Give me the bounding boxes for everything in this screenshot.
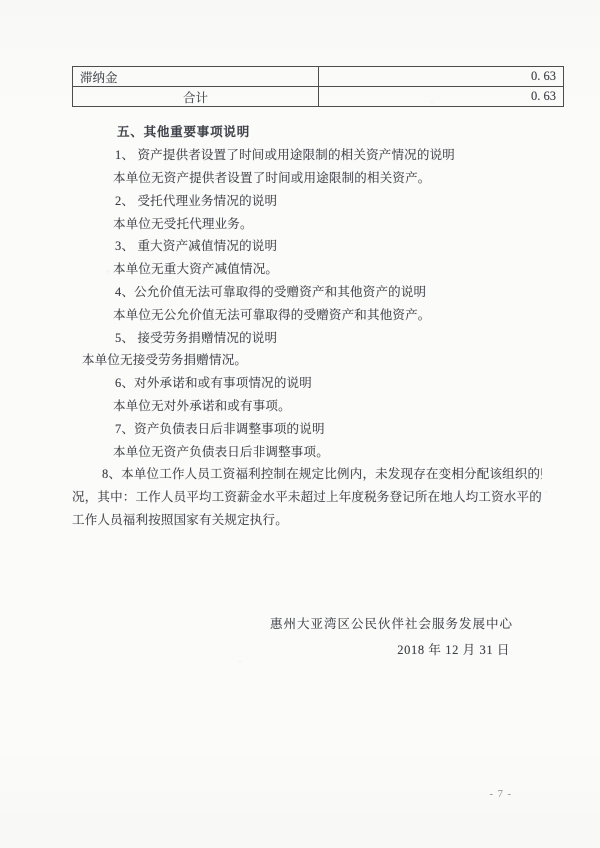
item-5-title: 5、 接受劳务捐赠情况的说明 (72, 325, 542, 348)
item-1-statement: 本单位无资产提供者设置了时间或用途限制的相关资产。 (72, 166, 542, 189)
table-row-total: 合计 0. 63 (73, 87, 564, 107)
item-3-statement: 本单位无重大资产减值情况。 (72, 257, 542, 280)
table-cell-label: 合计 (73, 87, 319, 107)
item-8-line-1: 8、本单位工作人员工资福利控制在规定比例内，未发现存在变相分配该组织的财产情 (72, 462, 542, 485)
section-heading: 五、其他重要事项说明 (72, 120, 542, 143)
signature-organization: 惠州大亚湾区公民伙伴社会服务发展中心 (270, 614, 513, 632)
document-page: 滞纳金 0. 63 合计 0. 63 五、其他重要事项说明 1、 资产提供者设置… (0, 0, 600, 848)
item-3-title: 3、 重大资产减值情况的说明 (72, 234, 542, 257)
item-4-title: 4、公允价值无法可靠取得的受赠资产和其他资产的说明 (72, 280, 542, 303)
table-row: 滞纳金 0. 63 (73, 67, 564, 87)
item-7-statement: 本单位无资产负债表日后非调整事项。 (72, 439, 542, 462)
page-number: - 7 - (490, 789, 513, 800)
table-cell-value: 0. 63 (319, 67, 564, 87)
item-7-title: 7、资产负债表日后非调整事项的说明 (72, 416, 542, 439)
item-6-statement: 本单位无对外承诺和或有事项。 (72, 394, 542, 417)
item-4-statement: 本单位无公允价值无法可靠取得的受赠资产和其他资产。 (72, 302, 542, 325)
table-cell-label: 滞纳金 (73, 67, 319, 87)
section-other-important-matters: 五、其他重要事项说明 1、 资产提供者设置了时间或用途限制的相关资产情况的说明 … (72, 120, 542, 530)
item-5-statement: 本单位无接受劳务捐赠情况。 (72, 348, 542, 371)
item-6-title: 6、对外承诺和或有事项情况的说明 (72, 371, 542, 394)
item-2-statement: 本单位无受托代理业务。 (72, 211, 542, 234)
item-1-title: 1、 资产提供者设置了时间或用途限制的相关资产情况的说明 (72, 143, 542, 166)
item-8-line-3: 工作人员福利按照国家有关规定执行。 (72, 508, 542, 531)
table-cell-value: 0. 63 (319, 87, 564, 107)
item-8-line-2: 况，其中：工作人员平均工资薪金水平未超过上年度税务登记所在地人均工资水平的两倍， (72, 485, 542, 508)
amount-table: 滞纳金 0. 63 合计 0. 63 (72, 66, 564, 107)
signature-date: 2018 年 12 月 31 日 (397, 640, 510, 658)
item-2-title: 2、 受托代理业务情况的说明 (72, 188, 542, 211)
